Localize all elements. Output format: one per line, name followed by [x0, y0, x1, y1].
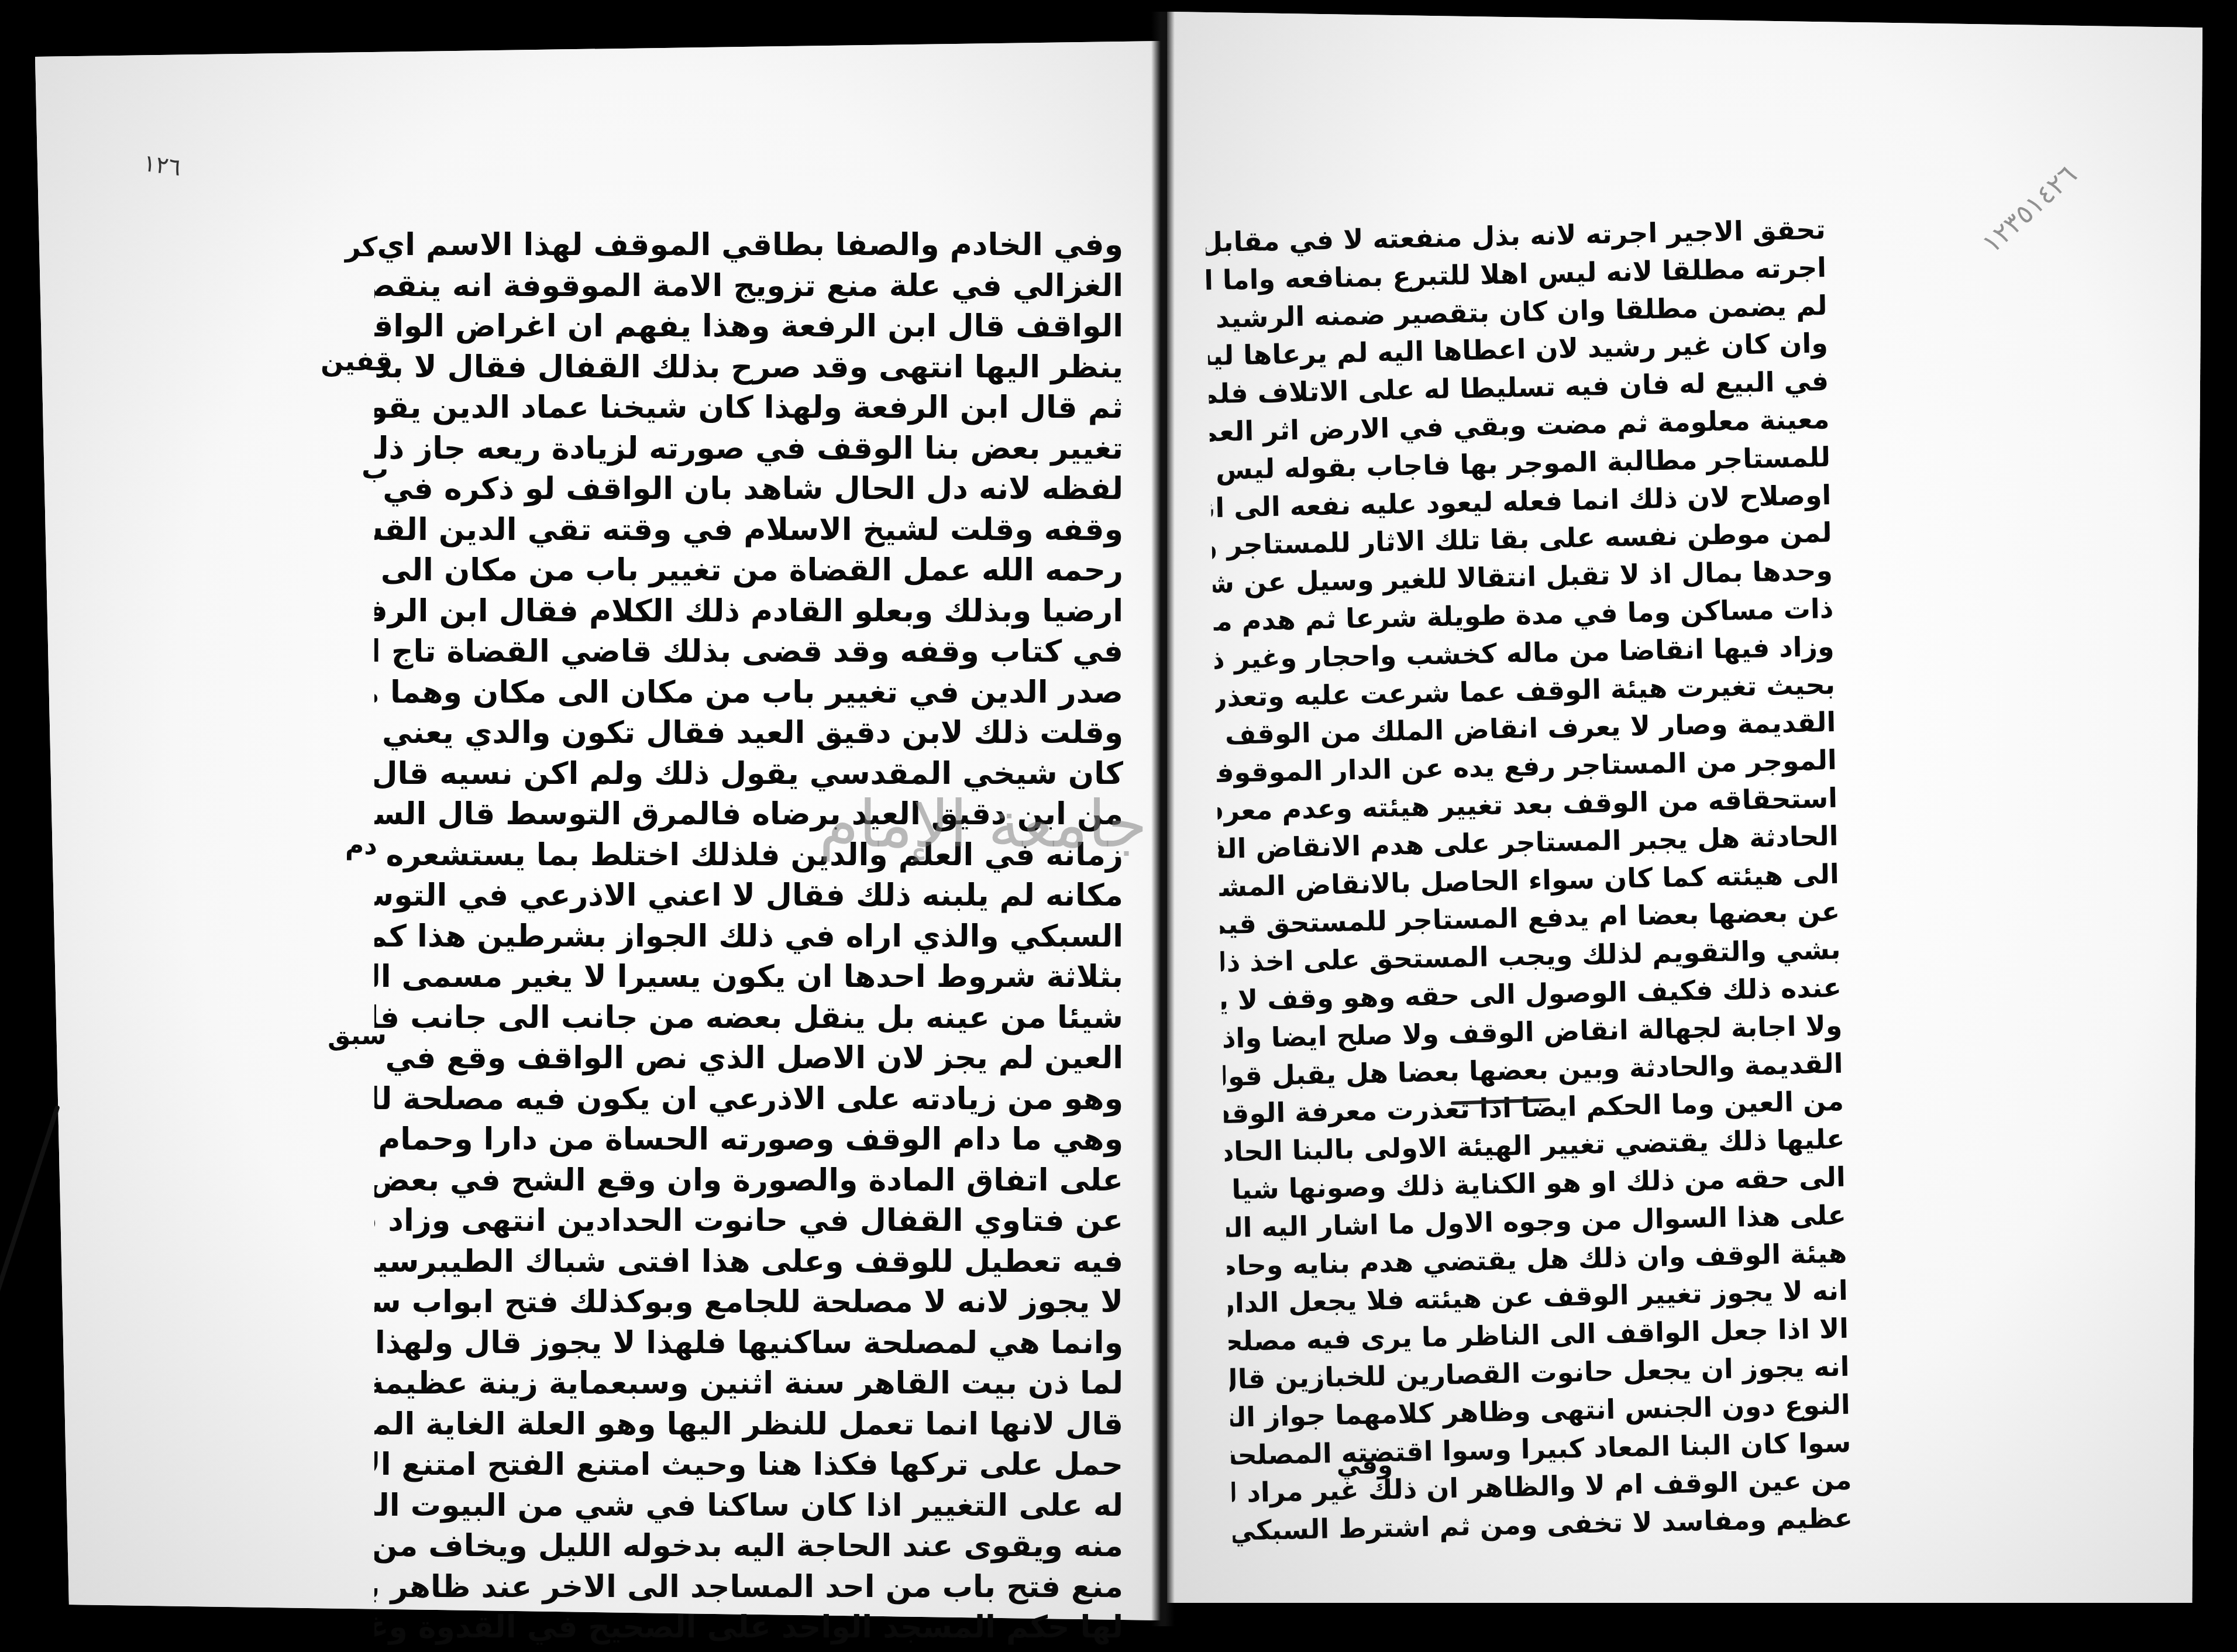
text-line: صدر الدين في تغيير باب من مكان الى مكان … — [374, 673, 1123, 714]
margin-note: ب — [362, 453, 388, 485]
margin-note: قفين — [321, 345, 393, 377]
text-line: وانما هي لمصلحة ساكنيها فلهذا لا يجوز قا… — [374, 1323, 1123, 1364]
text-line: السبكي والذي اراه في ذلك الجواز بشرطين ه… — [374, 917, 1123, 958]
text-line: لما ذن بيت القاهر سنة اثنين وسبعماية زين… — [374, 1364, 1123, 1405]
text-line: وفي الخادم والصفا بطاقي الموقف لهذا الاس… — [374, 225, 1123, 266]
text-line: تغيير بعض بنا الوقف في صورته لزيادة ريعه… — [374, 429, 1123, 470]
catchword: وفي — [1337, 1451, 1393, 1479]
text-line: له على التغيير اذا كان ساكنا في شي من ال… — [374, 1486, 1123, 1527]
text-line: العين لم يجز لان الاصل الذي نص الواقف وق… — [374, 1038, 1123, 1079]
text-line: لفظه لانه دل الحال شاهد بان الواقف لو ذك… — [374, 469, 1123, 510]
margin-note: كر — [345, 231, 377, 263]
text-line: عن فتاوي القفال في حانوت الحدادين انتهى … — [374, 1201, 1123, 1242]
text-line: لها حكم المسجد الواحد على الصحيح في القد… — [374, 1608, 1123, 1648]
text-line: لا يجوز لانه لا مصلحة للجامع وبوكذلك فتح… — [374, 1282, 1123, 1323]
text-line: بثلاثة شروط احدها ان يكون يسيرا لا يغير … — [374, 957, 1123, 998]
text-line: ارضيا وبذلك وبعلو القادم ذلك الكلام فقال… — [374, 591, 1123, 632]
text-line: قال لانها انما تعمل للنظر اليها وهو العل… — [374, 1405, 1123, 1445]
text-line: منع فتح باب من احد المساجد الى الاخر عند… — [374, 1567, 1123, 1608]
library-watermark: جامعة الإمام — [819, 787, 1147, 862]
text-line: منه ويقوى عند الحاجة اليه بدخوله الليل و… — [374, 1526, 1123, 1567]
text-line: رحمه الله عمل القضاة من تغيير باب من مكا… — [374, 550, 1123, 591]
margin-note: سبق — [328, 1021, 387, 1051]
left-page-text: وفي الخادم والصفا بطاقي الموقف لهذا الاس… — [374, 225, 1123, 1648]
text-line: ينظر اليها انتهى وقد صرح بذلك القفال فقا… — [374, 347, 1123, 388]
text-line: مكانه لم يلبنه ذلك فقال لا اعني الاذرعي … — [374, 876, 1123, 917]
text-line: الغزالي في علة منع تزويج الامة الموقوفة … — [374, 266, 1123, 307]
text-line: وهو من زيادته على الاذرعي ان يكون فيه مص… — [374, 1079, 1123, 1120]
text-line: شيئا من عينه بل ينقل بعضه من جانب الى جا… — [374, 998, 1123, 1039]
text-line: حمل على تركها فكذا هنا وحيث امتنع الفتح … — [374, 1445, 1123, 1486]
text-line: وقلت ذلك لابن دقيق العيد فقال تكون والدي… — [374, 713, 1123, 754]
text-line: الواقف قال ابن الرفعة وهذا يفهم ان اغراض… — [374, 307, 1123, 347]
right-page-text: تحقق الاجير اجرته لانه بذل منفعته لا في … — [1205, 211, 1853, 1550]
margin-note: دم — [345, 831, 377, 861]
text-line: فيه تعطيل للوقف وعلى هذا افتى شباك الطيب… — [374, 1242, 1123, 1283]
binding-thread — [0, 1105, 60, 1418]
book-gutter — [1151, 12, 1175, 1626]
text-line: في كتاب وقفه وقد قضى بذلك قاضي القضاة تا… — [374, 632, 1123, 673]
folio-number: ١٢٦ — [142, 150, 183, 182]
text-line: على اتفاق المادة والصورة وان وقع الشح في… — [374, 1161, 1123, 1202]
text-line: وهي ما دام الوقف وصورته الحساة من دارا و… — [374, 1120, 1123, 1161]
text-line: وقفه وقلت لشيخ الاسلام في وقته تقي الدين… — [374, 510, 1123, 551]
text-line: ثم قال ابن الرفعة ولهذا كان شيخنا عماد ا… — [374, 388, 1123, 429]
